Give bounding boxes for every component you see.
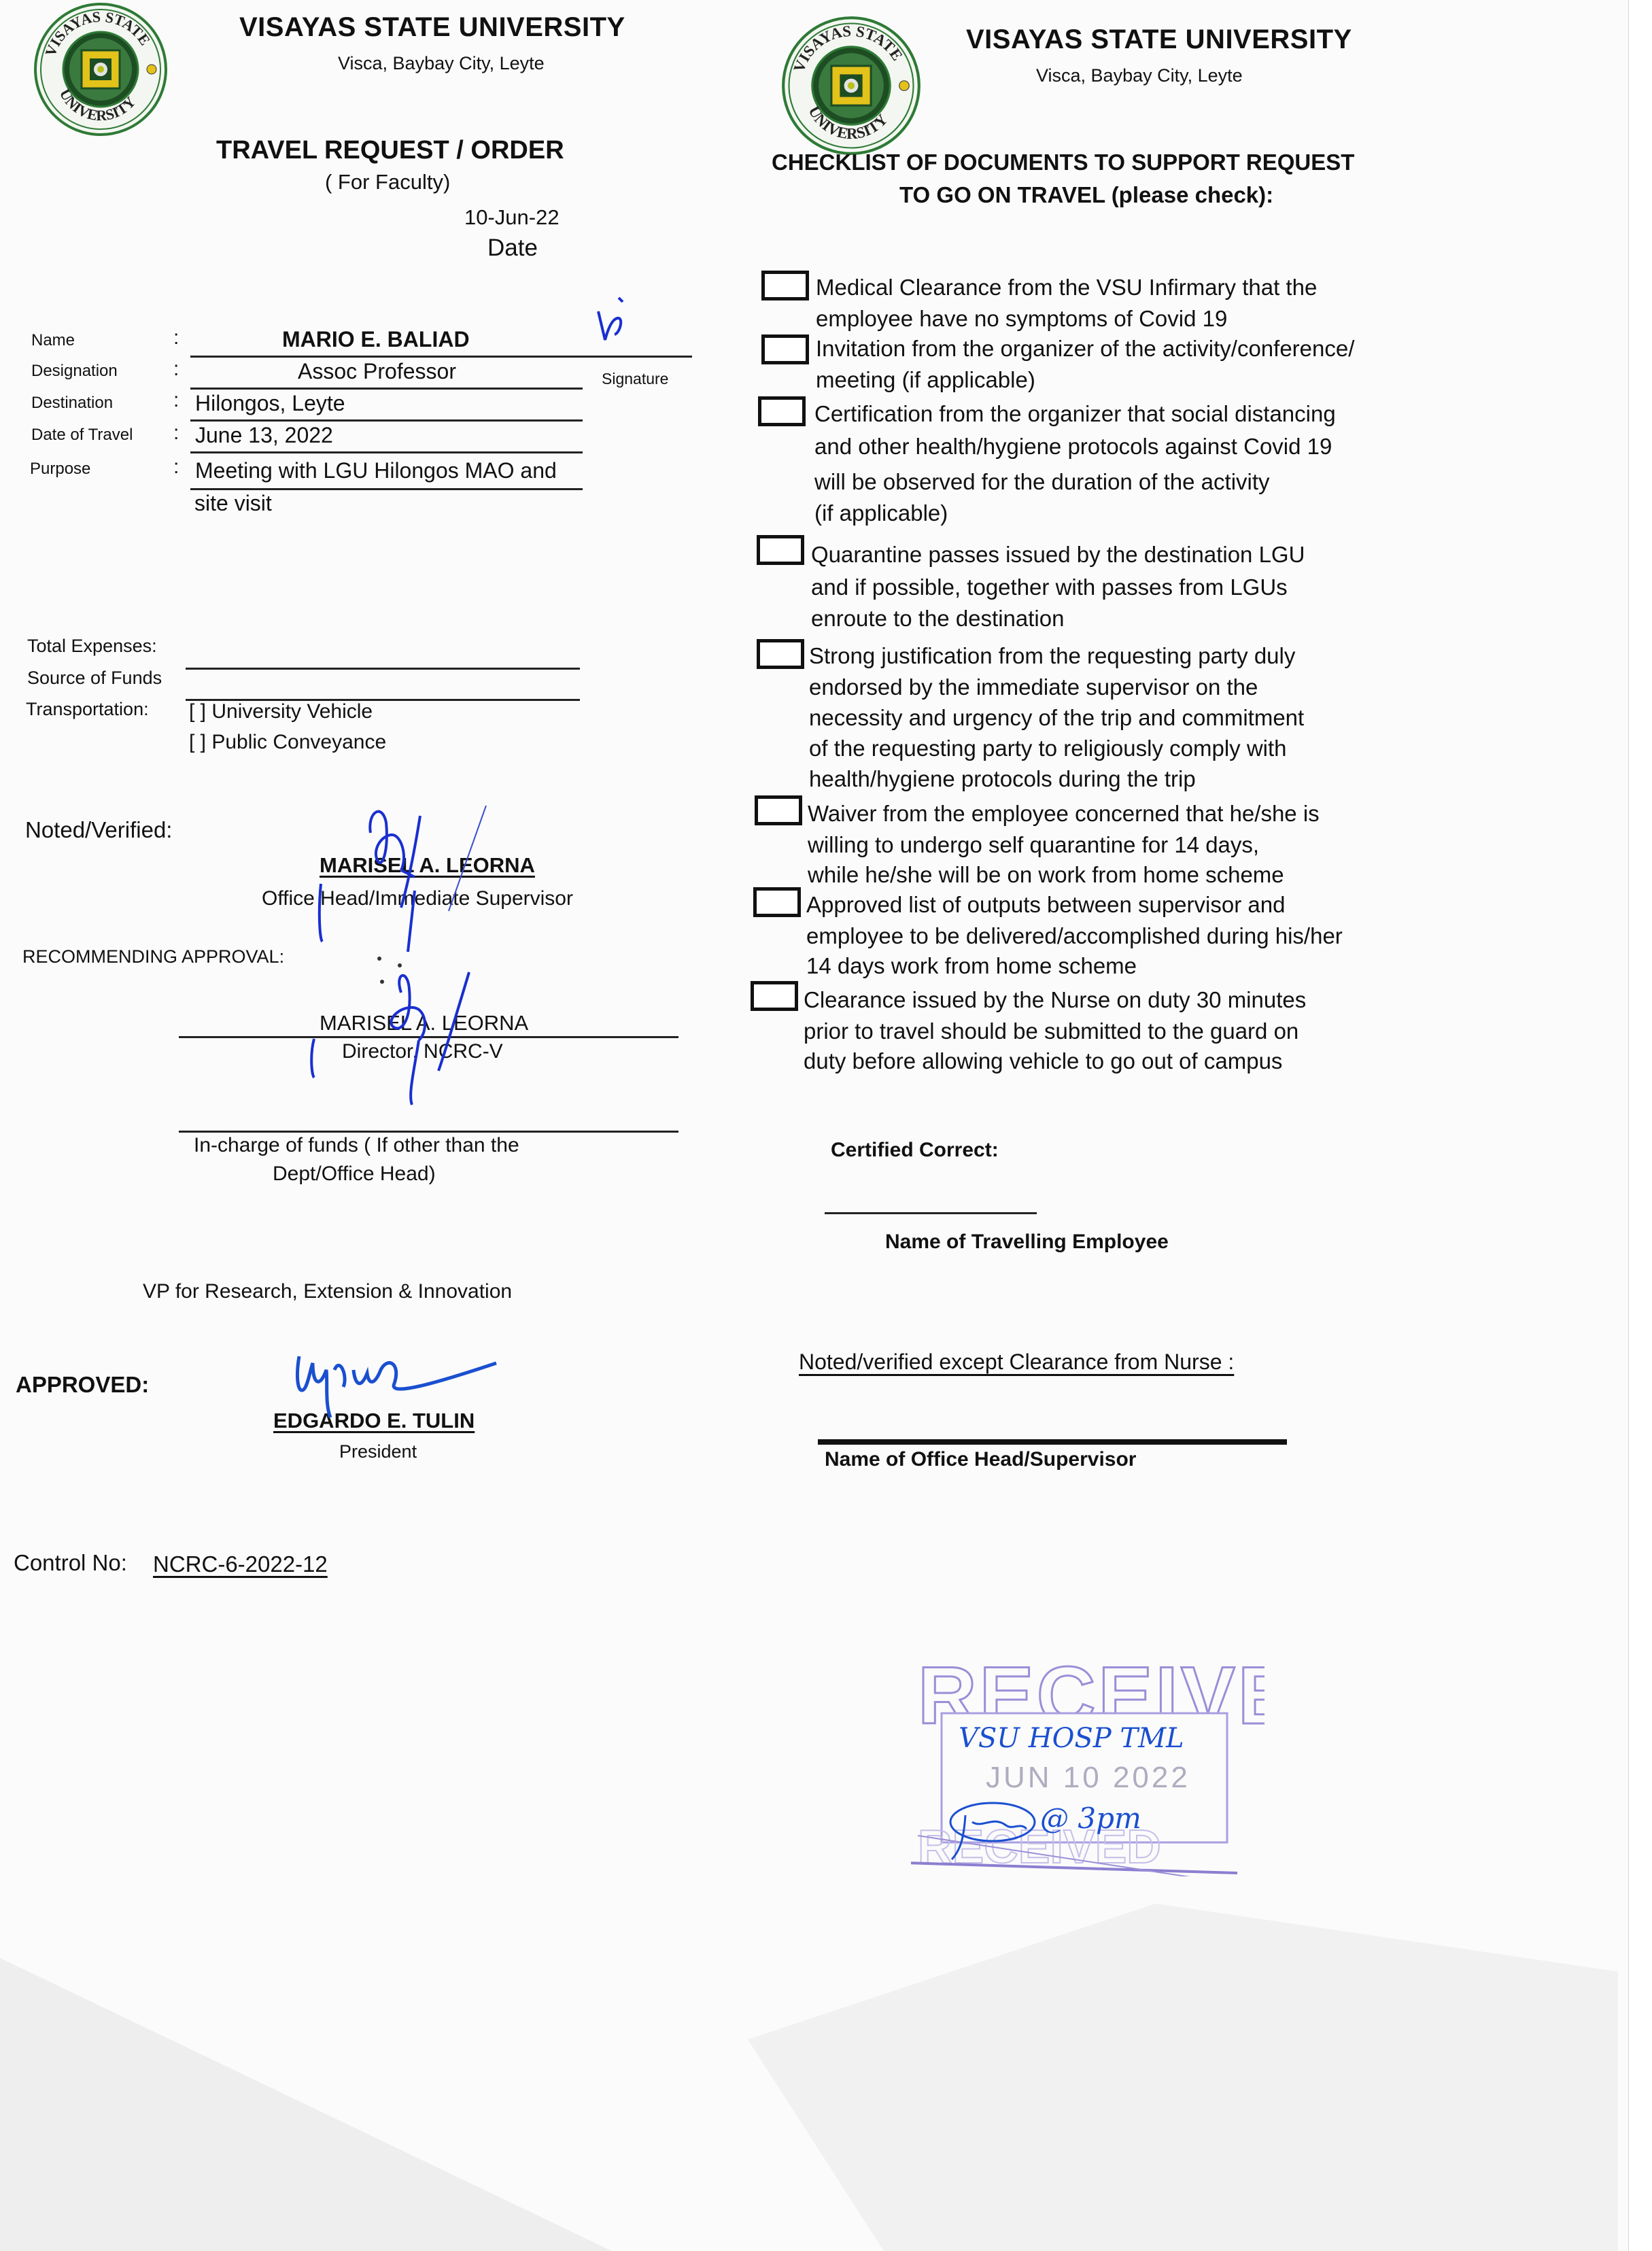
total-expenses-label: Total Expenses: (27, 636, 157, 657)
total-expenses-line (186, 668, 580, 670)
received-stamp: RECEIVED RECEIVED VSU HOSP TML JUN 10 20… (911, 1659, 1264, 1876)
checklist-item-text: Clearance issued by the Nurse on duty 30… (804, 987, 1306, 1013)
checklist-item-text: of the requesting party to religiously c… (809, 736, 1287, 761)
colon: : (173, 389, 179, 412)
certified-correct-label: Certified Correct: (831, 1139, 999, 1162)
noted-verified-label: Noted/Verified: (25, 817, 172, 843)
field-value-destination: Hilongos, Leyte (195, 391, 345, 416)
signature-label: Signature (602, 370, 668, 388)
designation-underline (190, 388, 583, 390)
checklist-checkbox[interactable] (761, 334, 809, 364)
checklist-title-line2: TO GO ON TRAVEL (please check): (899, 182, 1273, 208)
field-label-designation: Designation (31, 362, 118, 381)
checklist-item-text: necessity and urgency of the trip and co… (809, 705, 1304, 731)
checklist-checkbox[interactable] (758, 396, 806, 426)
purpose-underline (190, 488, 583, 490)
destination-underline (190, 419, 583, 422)
stamp-handwritten-time: @ 3pm (1040, 1802, 1141, 1835)
checklist-item-text: enroute to the destination (811, 606, 1064, 632)
noted-signatory-name: MARISEL A. LEORNA (320, 853, 535, 878)
field-value-designation: Assoc Professor (298, 359, 456, 384)
checklist-checkbox[interactable] (761, 271, 809, 300)
form-subtitle: ( For Faculty) (325, 170, 450, 194)
checklist-item-text: employee have no symptoms of Covid 19 (816, 306, 1227, 332)
control-number-value: NCRC-6-2022-12 (153, 1551, 328, 1577)
university-address: Visca, Baybay City, Leyte (338, 53, 545, 74)
checklist-item-text: employee to be delivered/accomplished du… (806, 923, 1343, 949)
option-university-vehicle[interactable]: [ ] University Vehicle (189, 700, 373, 723)
noted-signatory-title: Office Head/Immediate Supervisor (262, 887, 573, 910)
vsu-seal-icon: VISAYAS STATE UNIVERSITY (780, 15, 922, 156)
field-value-date-of-travel: June 13, 2022 (195, 423, 333, 448)
colon: : (173, 326, 179, 349)
checklist-item-text: Approved list of outputs between supervi… (806, 892, 1285, 918)
field-label-name: Name (31, 331, 75, 350)
recommending-signatory-name: MARISEL A. LEORNA (320, 1011, 528, 1035)
field-value-purpose-line2: site visit (194, 491, 272, 516)
checklist-checkbox[interactable] (755, 795, 802, 825)
vsu-seal-icon: VISAYAS STATE UNIVERSITY (33, 1, 169, 137)
checklist-item-text: endorsed by the immediate supervisor on … (809, 674, 1258, 700)
checklist-item-text: and if possible, together with passes fr… (811, 574, 1288, 600)
checklist-item-text: and other health/hygiene protocols again… (814, 434, 1332, 460)
incharge-signature-line (179, 1131, 678, 1133)
travelling-employee-label: Name of Travelling Employee (885, 1231, 1169, 1254)
travelling-employee-line-2 (912, 1212, 1037, 1214)
checklist-item-text: Medical Clearance from the VSU Infirmary… (816, 275, 1317, 300)
university-name: VISAYAS STATE UNIVERSITY (966, 24, 1352, 55)
recommending-approval-label: RECOMMENDING APPROVAL: (22, 946, 284, 967)
checklist-item-text: meeting (if applicable) (816, 367, 1035, 393)
checklist-item-text: (if applicable) (814, 500, 948, 526)
field-value-name: MARIO E. BALIAD (282, 327, 470, 352)
checklist-item-text: willing to undergo self quarantine for 1… (808, 832, 1259, 858)
field-value-purpose: Meeting with LGU Hilongos MAO and (195, 458, 557, 483)
stamp-handwritten-dept: VSU HOSP TML (959, 1723, 1184, 1754)
university-name: VISAYAS STATE UNIVERSITY (239, 12, 625, 43)
checklist-checkbox[interactable] (753, 887, 801, 917)
checklist-item-text: Invitation from the organizer of the act… (816, 336, 1354, 362)
field-label-date-of-travel: Date of Travel (31, 426, 133, 445)
colon: : (173, 456, 179, 479)
request-date: 10-Jun-22 (464, 205, 560, 230)
stamp-date: JUN 10 2022 (986, 1761, 1190, 1795)
scanner-edge (1628, 0, 1652, 2251)
date-of-travel-underline (190, 451, 583, 453)
vp-label: VP for Research, Extension & Innovation (143, 1280, 512, 1303)
requester-signature-ink (578, 292, 659, 354)
approved-label: APPROVED: (16, 1372, 149, 1398)
incharge-label-line2: Dept/Office Head) (273, 1163, 436, 1186)
control-number-label: Control No: (14, 1550, 127, 1576)
checklist-item-text: Certification from the organizer that so… (814, 401, 1336, 427)
field-label-destination: Destination (31, 394, 113, 413)
name-underline (190, 356, 692, 358)
checklist-item-text: Waiver from the employee concerned that … (808, 801, 1320, 827)
incharge-label-line1: In-charge of funds ( If other than the (194, 1134, 519, 1157)
approved-signatory-title: President (339, 1441, 417, 1462)
checklist-checkbox[interactable] (757, 535, 804, 565)
office-head-label: Name of Office Head/Supervisor (825, 1448, 1136, 1471)
noted-except-nurse-label: Noted/verified except Clearance from Nur… (799, 1350, 1234, 1375)
field-label-purpose: Purpose (30, 460, 90, 479)
university-address: Visca, Baybay City, Leyte (1036, 65, 1243, 86)
transportation-label: Transportation: (26, 699, 149, 720)
date-label: Date (487, 235, 538, 262)
source-of-funds-label: Source of Funds (27, 668, 162, 689)
office-head-signature-line (818, 1439, 1287, 1445)
checklist-checkbox[interactable] (751, 981, 798, 1011)
checklist-item-text: duty before allowing vehicle to go out o… (804, 1048, 1282, 1074)
checklist-title-line1: CHECKLIST OF DOCUMENTS TO SUPPORT REQUES… (772, 150, 1354, 175)
approved-signatory-name: EDGARDO E. TULIN (273, 1409, 475, 1433)
checklist-item-text: Strong justification from the requesting… (809, 643, 1295, 669)
checklist-item-text: prior to travel should be submitted to t… (804, 1018, 1298, 1044)
colon: : (173, 358, 179, 381)
checklist-item-text: while he/she will be on work from home s… (808, 862, 1284, 888)
checklist-item-text: Quarantine passes issued by the destinat… (811, 542, 1305, 568)
recommending-signature-line (179, 1036, 678, 1038)
checklist-checkbox[interactable] (757, 639, 804, 669)
recommending-signatory-title: Director, NCRC-V (342, 1040, 503, 1063)
checklist-item-text: health/hygiene protocols during the trip (809, 766, 1196, 792)
checklist-item-text: will be observed for the duration of the… (814, 469, 1270, 495)
option-public-conveyance[interactable]: [ ] Public Conveyance (189, 731, 386, 754)
colon: : (173, 422, 179, 445)
checklist-item-text: 14 days work from home scheme (806, 953, 1137, 979)
form-title: TRAVEL REQUEST / ORDER (216, 136, 564, 165)
